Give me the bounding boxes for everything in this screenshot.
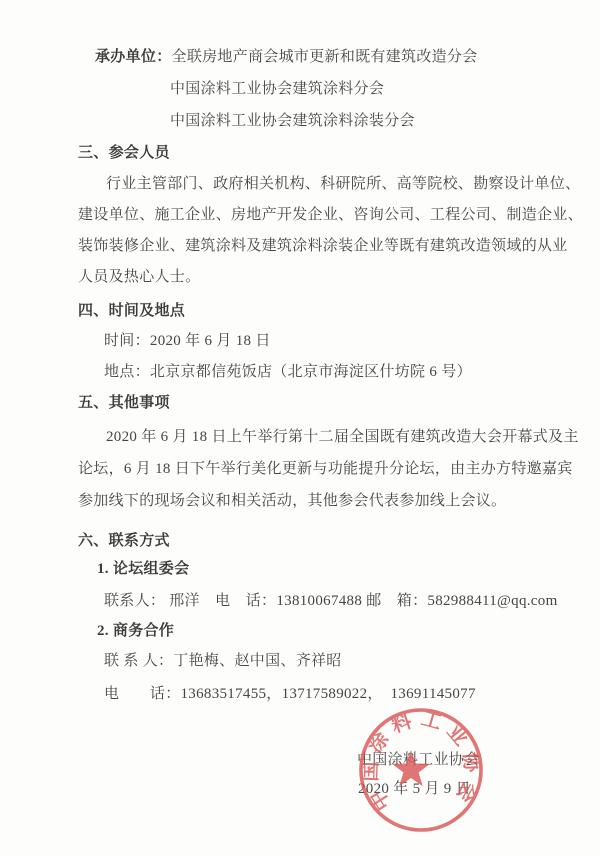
contact-group2-names: 联 系 人：丁艳梅、赵中国、齐祥昭 (104, 652, 342, 670)
attendees-paragraph-line: 人员及热心人士。 (78, 268, 200, 286)
event-time: 时间：2020 年 6 月 18 日 (104, 332, 271, 350)
document-page: 承办单位：全联房地产商会城市更新和既有建筑改造分会 中国涂料工业协会建筑涂料分会… (0, 0, 600, 856)
contact-group1-info: 联系人： 邢洋 电 话：13810067488 邮 箱：582988411@qq… (104, 592, 558, 610)
organizer-label: 承办单位： (95, 49, 172, 65)
other-paragraph-line: 论坛，6 月 18 日下午举行美化更新与功能提升分论坛，由主办方特邀嘉宾 (78, 460, 573, 478)
contact-group2-title: 2. 商务合作 (97, 622, 174, 640)
attendees-paragraph-line: 建设单位、施工企业、房地产开发企业、咨询公司、工程公司、制造企业、 (78, 206, 583, 224)
organizer-item-2: 中国涂料工业协会建筑涂料分会 (170, 80, 384, 98)
section-contact-title: 六、联系方式 (78, 532, 170, 550)
contact-group2-phones: 电 话：13683517455，13717589022， 13691145077 (104, 685, 476, 703)
organizer-value: 全联房地产商会城市更新和既有建筑改造分会 (172, 49, 478, 65)
seal-graphic: 中国涂料工业协会 (350, 698, 496, 844)
attendees-paragraph-line: 行业主管部门、政府相关机构、科研院所、高等院校、勘察设计单位、 (106, 175, 580, 193)
other-paragraph-line: 参加线下的现场会议和相关活动，其他参会代表参加线上会议。 (78, 492, 506, 510)
contact-group1-title: 1. 论坛组委会 (97, 560, 189, 578)
section-other-title: 五、其他事项 (78, 394, 170, 412)
attendees-paragraph-line: 装饰装修企业、建筑涂料及建筑涂料涂装企业等既有建筑改造领域的从业 (78, 237, 568, 255)
organizer-line: 承办单位：全联房地产商会城市更新和既有建筑改造分会 (95, 48, 478, 66)
signature-date: 2020 年 5 月 9 日 (358, 780, 471, 798)
signature-org: 中国涂料工业协会 (357, 751, 479, 769)
other-paragraph-line: 2020 年 6 月 18 日上午举行第十二届全国既有建筑改造大会开幕式及主 (106, 428, 579, 446)
event-place: 地点：北京京都信苑饭店（北京市海淀区什坊院 6 号） (104, 363, 472, 381)
official-seal: 中国涂料工业协会 (350, 698, 496, 844)
section-attendees-title: 三、参会人员 (78, 144, 170, 162)
organizer-item-3: 中国涂料工业协会建筑涂料涂装分会 (170, 112, 415, 130)
section-time-place-title: 四、时间及地点 (78, 302, 185, 320)
seal-circle (361, 710, 481, 830)
